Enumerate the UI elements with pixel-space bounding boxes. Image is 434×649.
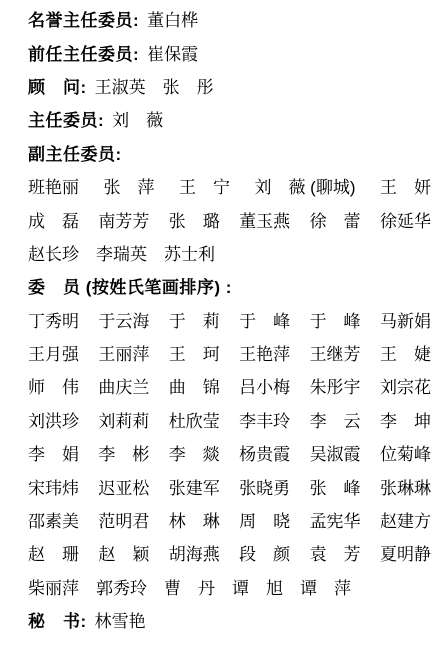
member-name: 范明君 [98,507,149,532]
member-name: 宋玮炜 [28,474,79,499]
member-name-row: 邵素美范明君林 琳周 晓孟宪华赵建方 [28,503,431,536]
member-name: 李 娟 [28,440,79,465]
member-name: 李 云 [310,407,361,432]
member-name-row: 王月强王丽萍王 珂王艳萍王继芳王 婕 [28,336,431,369]
member-name: 南芳芳 [98,207,149,232]
member-name: 赵 珊 [28,540,79,565]
former-chair-label: 前任主任委员: [28,40,139,65]
member-name: 邵素美 [28,507,79,532]
member-name: 袁 芳 [310,540,361,565]
member-name: 李 燚 [169,440,220,465]
member-name: 赵长珍 [28,240,79,265]
vice-chair-heading-line: 副主任委员: [28,136,431,169]
committee-roster-document: 名誉主任委员: 董白桦 前任主任委员: 崔保霞 顾 问: 王淑英 张 彤 主任委… [0,0,434,649]
member-name: 孟宪华 [310,507,361,532]
member-name: 张建军 [169,474,220,499]
member-name: 于 峰 [310,307,361,332]
member-name: 柴丽萍 [28,574,79,599]
secretary-line: 秘 书: 林雪艳 [28,603,431,636]
member-name: 林 琳 [169,507,220,532]
member-name: 曹 丹 [164,574,215,599]
member-name: 班艳丽 [28,173,79,198]
honorary-chair-label: 名誉主任委员: [28,6,139,31]
chair-line: 主任委员: 刘 薇 [28,102,431,135]
member-name: 杨贵霞 [239,440,290,465]
member-name: 吴淑霞 [310,440,361,465]
member-name: 丁秀明 [28,307,79,332]
vice-chair-name-row: 赵长珍李瑞英苏士利 [28,236,431,269]
member-name: 于 峰 [239,307,290,332]
member-name-row: 宋玮炜迟亚松张建军张晓勇张 峰张琳琳 [28,469,431,502]
member-name: 成 磊 [28,207,79,232]
member-name: 曲庆兰 [98,373,149,398]
member-name: 赵 颖 [98,540,149,565]
member-name: 董玉燕 [239,207,290,232]
secretary-value: 林雪艳 [95,607,146,632]
member-name: 谭 萍 [300,574,351,599]
former-chair-value: 崔保霞 [147,40,198,65]
member-name: 李丰玲 [239,407,290,432]
honorary-chair-value: 董白桦 [147,6,198,31]
member-name: 于云海 [98,307,149,332]
member-name: 张琳琳 [380,474,431,499]
member-name: 徐 蕾 [310,207,361,232]
member-name: 王艳萍 [239,340,290,365]
member-name-row: 柴丽萍郭秀玲曹 丹谭 旭谭 萍 [28,570,431,603]
member-name: 王 宁 [179,173,230,198]
member-name: 杜欣莹 [169,407,220,432]
chair-label: 主任委员: [28,106,104,131]
member-name: 李 坤 [380,407,431,432]
vice-chair-name-row: 成 磊南芳芳张 璐董玉燕徐 蕾徐延华 [28,202,431,235]
member-name: 王 珂 [169,340,220,365]
member-name: 王丽萍 [98,340,149,365]
member-name: 位菊峰 [380,440,431,465]
members-heading: 委 员 (按姓氏笔画排序) : [28,273,232,298]
member-name: 刘莉莉 [98,407,149,432]
member-name: 师 伟 [28,373,79,398]
member-name: 迟亚松 [98,474,149,499]
member-name: 段 颜 [239,540,290,565]
chair-value: 刘 薇 [112,106,163,131]
member-name: 王 婕 [380,340,431,365]
secretary-label: 秘 书: [28,607,87,632]
member-name: 张 璐 [169,207,220,232]
member-name: 刘宗花 [380,373,431,398]
member-name: 吕小梅 [239,373,290,398]
member-name: 刘洪珍 [28,407,79,432]
member-name-row: 师 伟曲庆兰曲 锦吕小梅朱彤宇刘宗花 [28,369,431,402]
member-name: 胡海燕 [169,540,220,565]
member-name: 刘 薇 (聊城) [254,173,355,198]
members-name-rows: 丁秀明于云海于 莉于 峰于 峰马新娟王月强王丽萍王 珂王艳萍王继芳王 婕师 伟曲… [28,303,431,604]
member-name: 李瑞英 [96,240,147,265]
member-name: 赵建方 [380,507,431,532]
member-name: 夏明静 [380,540,431,565]
advisors-label: 顾 问: [28,73,87,98]
vice-chair-name-row: 班艳丽张 萍王 宁刘 薇 (聊城)王 妍 [28,169,431,202]
member-name: 张 萍 [103,173,154,198]
advisors-line: 顾 问: 王淑英 张 彤 [28,69,431,102]
member-name: 王 妍 [380,173,431,198]
honorary-chair-line: 名誉主任委员: 董白桦 [28,2,431,35]
member-name: 苏士利 [164,240,215,265]
member-name: 李 彬 [98,440,149,465]
member-name-row: 丁秀明于云海于 莉于 峰于 峰马新娟 [28,303,431,336]
member-name: 马新娟 [380,307,431,332]
member-name-row: 刘洪珍刘莉莉杜欣莹李丰玲李 云李 坤 [28,403,431,436]
member-name-row: 赵 珊赵 颖胡海燕段 颜袁 芳夏明静 [28,536,431,569]
member-name-row: 李 娟李 彬李 燚杨贵霞吴淑霞位菊峰 [28,436,431,469]
vice-chair-heading: 副主任委员: [28,140,122,165]
member-name: 徐延华 [380,207,431,232]
member-name: 于 莉 [169,307,220,332]
member-name: 谭 旭 [232,574,283,599]
member-name: 朱彤宇 [310,373,361,398]
member-name: 曲 锦 [169,373,220,398]
member-name: 张晓勇 [239,474,290,499]
member-name: 王继芳 [310,340,361,365]
member-name: 郭秀玲 [96,574,147,599]
members-heading-line: 委 员 (按姓氏笔画排序) : [28,269,431,302]
member-name: 张 峰 [310,474,361,499]
vice-chair-name-rows: 班艳丽张 萍王 宁刘 薇 (聊城)王 妍成 磊南芳芳张 璐董玉燕徐 蕾徐延华赵长… [28,169,431,269]
member-name: 王月强 [28,340,79,365]
member-name: 周 晓 [239,507,290,532]
advisors-value: 王淑英 张 彤 [95,73,214,98]
former-chair-line: 前任主任委员: 崔保霞 [28,35,431,68]
